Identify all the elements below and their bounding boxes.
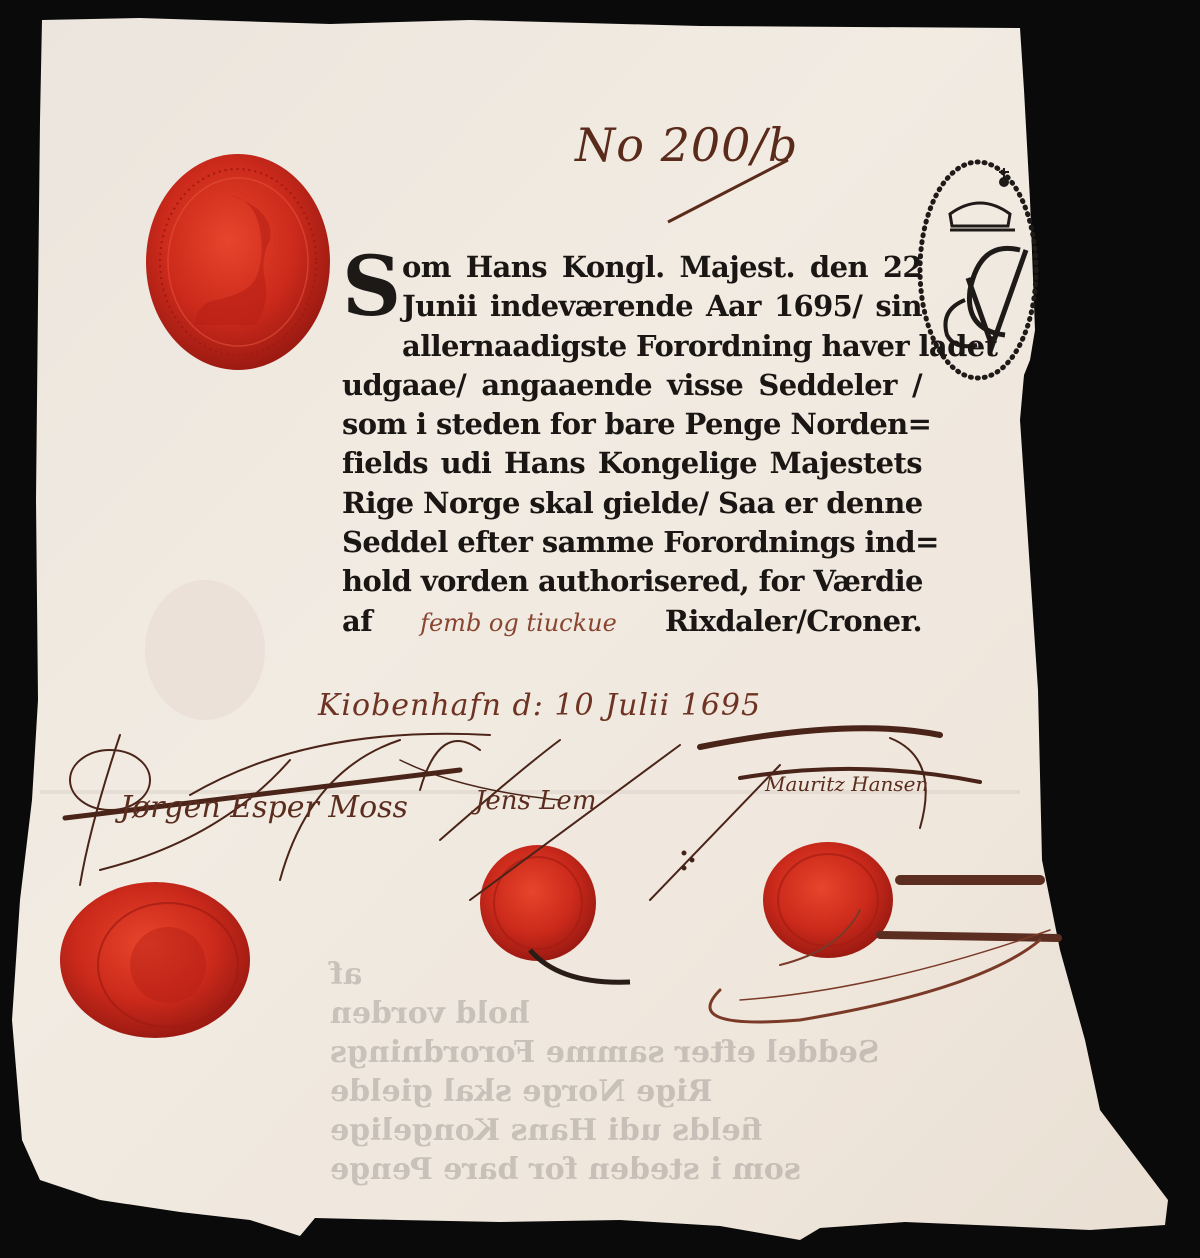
printed-text-block: S om Hans Kongl. Majest. den 22 Junii in…: [342, 248, 922, 641]
value-suffix: Rixdaler/Croner.: [665, 602, 922, 641]
seal-lower-right: [763, 842, 893, 958]
printed-line: som i steden for bare Penge Norden=: [342, 405, 922, 444]
printed-line: Rige Norge skal gielde/ Saa er denne: [342, 484, 922, 523]
drop-cap: S: [342, 250, 400, 330]
signature-1: Jørgen Esper Moss: [120, 790, 408, 825]
show-through-line: som i steden for bare Penge: [330, 1150, 890, 1189]
signature-2: Jens Lem: [475, 786, 596, 816]
show-through-line: fields udi Hans Kongelige: [330, 1111, 890, 1150]
portrait-seal: [146, 154, 330, 370]
printed-line: Junii indeværende Aar 1695/ sin: [342, 287, 922, 326]
show-through-text: af hold vorden Seddel efter samme Forord…: [330, 955, 890, 1189]
value-line: af femb og tiuckue Rixdaler/Croner.: [342, 602, 922, 641]
show-through-line: hold vorden: [330, 994, 890, 1033]
handwritten-value: femb og tiuckue: [420, 604, 617, 643]
printed-line: allernaadigste Forordning haver ladet: [342, 327, 922, 366]
printed-line: udgaae/ angaaende visse Seddeler /: [342, 366, 922, 405]
show-through-line: af: [330, 955, 890, 994]
printed-line: Seddel efter samme Forordnings ind=: [342, 523, 922, 562]
printed-line: om Hans Kongl. Majest. den 22: [342, 248, 922, 287]
seal-lower-left: [60, 882, 250, 1038]
value-prefix: af: [342, 602, 372, 641]
serial-number: No 200/b: [575, 118, 798, 172]
printed-line: fields udi Hans Kongelige Majestets: [342, 444, 922, 483]
signature-3: Mauritz Hansen: [765, 772, 928, 796]
show-through-line: Seddel efter samme Forordnings: [330, 1033, 890, 1072]
place-date: Kiobenhafn d: 10 Julii 1695: [318, 688, 761, 723]
show-through-line: Rige Norge skal gielde: [330, 1072, 890, 1111]
printed-line: hold vorden authorisered, for Værdie: [342, 562, 922, 601]
